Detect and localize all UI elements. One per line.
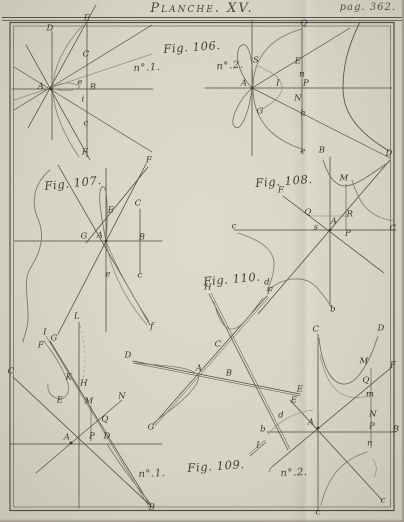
diagonal-rising (14, 25, 152, 110)
diagonal-F (58, 164, 146, 334)
hook-curve (44, 341, 68, 399)
diagonal-down-right (252, 88, 390, 158)
point-A-dot (105, 240, 108, 243)
hyperbola-branch-lower-left (238, 233, 274, 291)
line-EAc (290, 400, 382, 500)
diagonal-DA (258, 160, 390, 314)
crescent-curve (253, 29, 302, 149)
diagonal-FA (283, 196, 384, 273)
fig109-n2-diagram (249, 334, 396, 511)
line-GF (86, 167, 148, 243)
plate-border (10, 23, 394, 511)
fig108-diagram (234, 157, 396, 314)
small-branch-paren (373, 459, 376, 477)
cusp-curve-2 (106, 241, 147, 325)
u-curve-CD (319, 336, 378, 384)
inner-curve-m (320, 355, 369, 398)
fig107-diagram (14, 164, 162, 342)
point-A-dot (317, 427, 320, 430)
fig106-n2-diagram (205, 20, 392, 158)
cusp-curve-1 (106, 241, 149, 321)
hyperbola-branch-right (343, 22, 389, 151)
line-CAB (13, 377, 151, 506)
faint-dashed-curve (80, 326, 85, 378)
double-line-DE-1 (133, 361, 300, 394)
line-IB (46, 336, 149, 507)
stub-I-1 (250, 442, 266, 456)
upper-petal-loop (237, 45, 252, 88)
serpentine-curve (23, 170, 50, 342)
fig106-n1-diagram (12, 5, 153, 160)
point-A-dot (50, 88, 53, 91)
hyperbola-branch-right (352, 180, 394, 221)
point-A-dot (251, 87, 254, 90)
parabola-curve (53, 25, 83, 157)
fig110-diagram (133, 279, 331, 450)
stub-I-2 (249, 440, 265, 454)
fig109-n1-diagram (10, 322, 162, 508)
line-AF-flourish (269, 466, 273, 472)
curve-d (268, 410, 313, 434)
diagonal-up-right (252, 28, 350, 88)
hyperbola-branch-lower-right (321, 452, 367, 505)
diagonal-falling (14, 67, 152, 152)
plate-page: { "header": { "title": "Planche. XV.", "… (0, 0, 404, 522)
arch-d-b (268, 279, 331, 307)
double-line-GF-2 (155, 297, 269, 426)
point-A-dot (70, 442, 73, 445)
double-line-DE-2 (133, 363, 300, 396)
lower-petal-loop (233, 88, 252, 128)
plate-engraving (0, 0, 404, 522)
line-GB (50, 341, 150, 505)
double-line-H-2 (211, 293, 290, 449)
point-A-dot (329, 229, 332, 232)
